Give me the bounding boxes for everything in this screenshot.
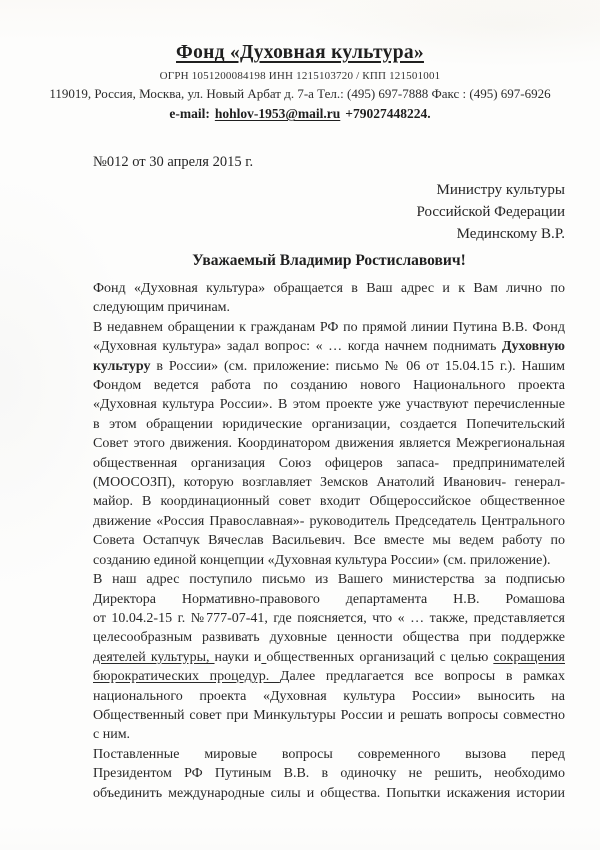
- body-text-run: Совета Остапчук Вячеслав Васильевич. Все…: [93, 533, 565, 548]
- contact-line: e-mail:hohlov-1953@mail.ru+79027448224.: [0, 106, 600, 122]
- addressee-block: Министру культуры Российской Федерации М…: [0, 179, 565, 245]
- email-label: e-mail:: [169, 106, 209, 121]
- body-text-run: «Духовная культура России». В этом проек…: [93, 397, 565, 412]
- letter-number-date: №012 от 30 апреля 2015 г.: [93, 154, 600, 171]
- addressee-line: Министру культуры: [0, 179, 565, 201]
- body-text-run: Фондом ведется работа по созданию нового…: [93, 378, 565, 393]
- body-text-run: в России» (см. приложение: письмо № 06 о…: [151, 359, 565, 374]
- body-line: «Духовная культура» задал вопрос: « … ко…: [93, 337, 565, 356]
- body-line: Фонд «Духовная культура» обращается в Ва…: [93, 279, 565, 298]
- body-text-run: В недавнем обращении к гражданам РФ по п…: [93, 320, 565, 335]
- body-line: Фондом ведется работа по созданию нового…: [93, 376, 565, 395]
- body-line: от 10.04.2-15 г. №777-07-41, где поясняе…: [93, 609, 565, 628]
- addressee-line: Мединскому В.Р.: [0, 223, 565, 245]
- body-line: в этом обращении юридические организации…: [93, 415, 565, 434]
- body-text-run: национального проекта «Духовная культура…: [93, 689, 565, 704]
- registration-numbers: ОГРН 1051200084198 ИНН 1215103720 / КПП …: [0, 70, 600, 82]
- body-line: культуру в России» (см. приложение: пись…: [93, 357, 565, 376]
- body-text-run: целесообразным развивать духовные ценнос…: [93, 630, 565, 645]
- body-text-run: объединить международные силы и общества…: [93, 786, 565, 801]
- body-text-run: «Духовная культура» задал вопрос: « … ко…: [93, 339, 502, 354]
- body-text-run: следующим причинам.: [93, 300, 230, 315]
- body-text-run: науки и: [215, 650, 262, 665]
- body-text-run: от 10.04.2-15 г. №777-07-41, где поясняе…: [93, 611, 565, 626]
- body-text-run: Общественный совет при Минкультуры Росси…: [93, 708, 565, 723]
- body-text-run: культуру: [93, 359, 151, 374]
- body-line: В недавнем обращении к гражданам РФ по п…: [93, 318, 565, 337]
- body-line: Директора Нормативно-правового департаме…: [93, 590, 565, 609]
- body-text-run: сокращения: [493, 650, 565, 665]
- body-line: В наш адрес поступило письмо из Вашего м…: [93, 570, 565, 589]
- body-line: созданию единой концепции «Духовная куль…: [93, 551, 565, 570]
- body-text-run: деятелей культуры,: [93, 650, 215, 665]
- body-line: объединить международные силы и общества…: [93, 784, 565, 803]
- body-line: деятелей культуры, науки и общественных …: [93, 648, 565, 667]
- body-line: следующим причинам.: [93, 298, 565, 317]
- body-text-run: Президентом РФ Путиным В.В. в одиночку н…: [93, 766, 565, 781]
- body-text-run: майор. В координационный совет входит Об…: [93, 494, 565, 509]
- body-text-run: Директора Нормативно-правового департаме…: [93, 592, 565, 607]
- body-line: общественная организация Союз офицеров з…: [93, 454, 565, 473]
- body-line: Президентом РФ Путиным В.В. в одиночку н…: [93, 764, 565, 783]
- addressee-line: Российской Федерации: [0, 201, 565, 223]
- body-text-run: Далее предлагается все вопросы в рамках: [280, 669, 565, 684]
- organization-name: Фонд «Духовная культура»: [0, 42, 600, 64]
- body-text-run: общественная организация Союз офицеров з…: [93, 456, 565, 471]
- body-text-run: Совет этого движения. Координатором движ…: [93, 436, 565, 451]
- body-text-run: в этом обращении юридические организации…: [93, 417, 565, 432]
- salutation: Уважаемый Владимир Ростиславович!: [93, 252, 565, 270]
- body-text-run: бюрократических процедур.: [93, 669, 280, 684]
- body-line: Совет этого движения. Координатором движ…: [93, 434, 565, 453]
- body-line: с ним.: [93, 725, 565, 744]
- letterhead: Фонд «Духовная культура» ОГРН 1051200084…: [0, 0, 600, 122]
- scanned-letter-page: Фонд «Духовная культура» ОГРН 1051200084…: [0, 0, 600, 850]
- body-line: майор. В координационный совет входит Об…: [93, 492, 565, 511]
- body-line: Совета Остапчук Вячеслав Васильевич. Все…: [93, 531, 565, 550]
- email-address: hohlov-1953@mail.ru: [215, 106, 340, 121]
- body-line: движение «Россия Православная»- руководи…: [93, 512, 565, 531]
- body-text-run: В наш адрес поступило письмо из Вашего м…: [93, 572, 565, 587]
- body-text-run: Поставленные мировые вопросы современног…: [93, 747, 565, 762]
- body-text-run: движение «Россия Православная»- руководи…: [93, 514, 565, 529]
- body-text-run: Фонд «Духовная культура» обращается в Ва…: [93, 281, 565, 296]
- body-line: Общественный совет при Минкультуры Росси…: [93, 706, 565, 725]
- body-text-run: созданию единой концепции «Духовная куль…: [93, 553, 551, 568]
- body-line: «Духовная культура России». В этом проек…: [93, 395, 565, 414]
- body-line: бюрократических процедур. Далее предлага…: [93, 667, 565, 686]
- body-text-run: Духовную: [502, 339, 565, 354]
- body-text-run: (МООСОЗП), которую возглавляет Земсков А…: [93, 475, 565, 490]
- phone-number: +79027448224.: [345, 106, 430, 121]
- body-line: целесообразным развивать духовные ценнос…: [93, 628, 565, 647]
- body-text-run: с ним.: [93, 727, 130, 742]
- body-line: Поставленные мировые вопросы современног…: [93, 745, 565, 764]
- body-text-run: общественных организаций с целью: [266, 650, 493, 665]
- postal-address-line: 119019, Россия, Москва, ул. Новый Арбат …: [0, 86, 600, 102]
- letter-body: Фонд «Духовная культура» обращается в Ва…: [93, 279, 565, 803]
- body-line: национального проекта «Духовная культура…: [93, 687, 565, 706]
- body-line: (МООСОЗП), которую возглавляет Земсков А…: [93, 473, 565, 492]
